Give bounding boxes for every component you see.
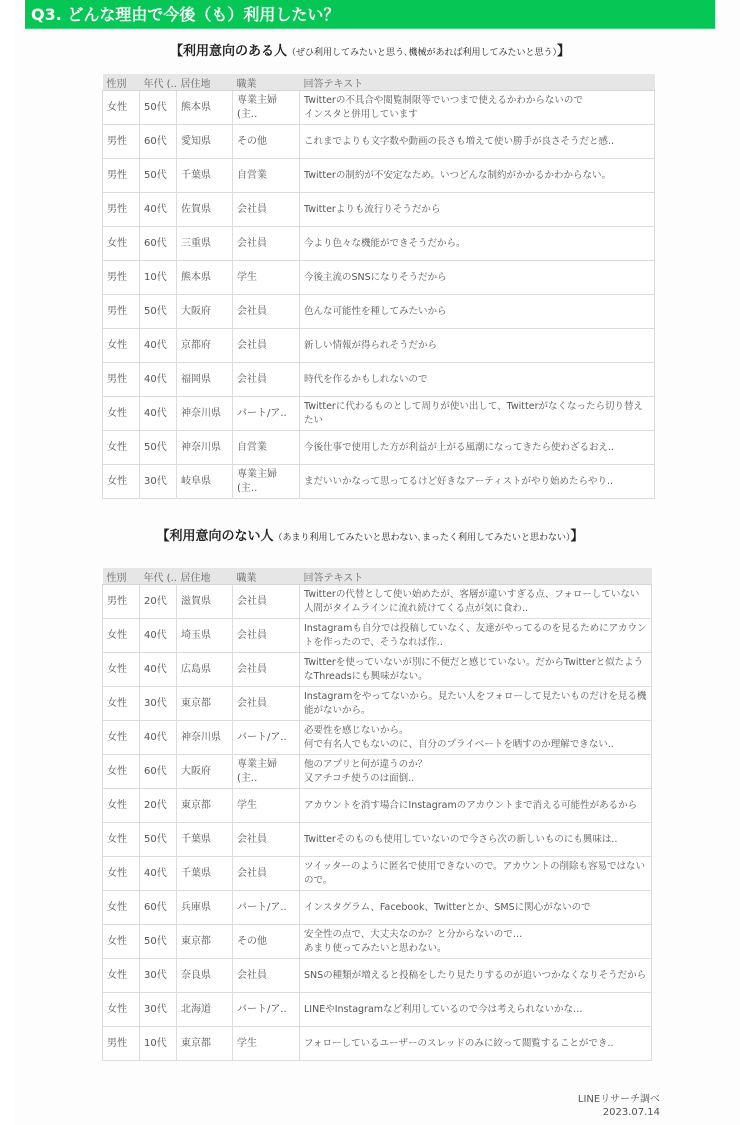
cell-residence: 東京都 (177, 789, 233, 823)
cell-occupation: 会社員 (233, 823, 300, 857)
cell-gender: 女性 (103, 227, 140, 261)
cell-residence: 岐阜県 (177, 465, 233, 499)
section-title-unwilling: 【利用意向のない人（あまり利用してみたいと思わない､まったく利用してみたいと思わ… (0, 525, 740, 544)
cell-residence: 神奈川県 (177, 431, 233, 465)
cell-gender: 女性 (103, 891, 140, 925)
cell-age: 40代 (140, 363, 177, 397)
cell-residence: 神奈川県 (177, 397, 233, 431)
cell-answer: 新しい情報が得られそうだから (300, 329, 655, 363)
cell-age: 20代 (140, 585, 177, 619)
table-body: 女性50代熊本県専業主婦 (主..Twitterの不具合や閲覧制限等でいつまで使… (103, 91, 655, 499)
cell-answer: Twitterの制約が不安定なため。いつどんな制約がかかるかわからない。 (300, 159, 655, 193)
cell-residence: 神奈川県 (177, 721, 233, 755)
cell-answer: 他のアプリと何が違うのか？ 又アチコチ使うのは面倒.. (300, 755, 652, 789)
cell-occupation: 会社員 (233, 193, 300, 227)
cell-residence: 兵庫県 (177, 891, 233, 925)
table-header-row: 性別 年代 (.. 居住地 職業 回答テキスト (103, 74, 655, 91)
cell-age: 30代 (140, 993, 177, 1027)
cell-gender: 女性 (103, 91, 140, 125)
cell-residence: 千葉県 (177, 159, 233, 193)
cell-age: 50代 (140, 91, 177, 125)
cell-occupation: 会社員 (233, 329, 300, 363)
cell-occupation: パート/ア.. (233, 721, 300, 755)
cell-residence: 東京都 (177, 687, 233, 721)
cell-gender: 女性 (103, 993, 140, 1027)
cell-gender: 女性 (103, 653, 140, 687)
cell-answer: これまでよりも文字数や動画の長さも増えて使い勝手が良さそうだと感.. (300, 125, 655, 159)
table-row[interactable]: 男性50代大阪府会社員色んな可能性を種してみたいから (103, 295, 655, 329)
cell-age: 50代 (140, 823, 177, 857)
cell-answer: Twitterを使っていないが別に不便だと感じていない。だからTwitterと似… (300, 653, 652, 687)
question-header: Q3. どんな理由で今後（も）利用したい？ (25, 0, 715, 29)
cell-gender: 女性 (103, 329, 140, 363)
cell-gender: 女性 (103, 465, 140, 499)
cell-age: 30代 (140, 465, 177, 499)
cell-occupation: 専業主婦 (主.. (233, 755, 300, 789)
cell-residence: 滋賀県 (177, 585, 233, 619)
cell-gender: 女性 (103, 721, 140, 755)
cell-answer: Twitterの不具合や閲覧制限等でいつまで使えるかわからないので インスタと併… (300, 91, 655, 125)
table-unwilling: 性別 年代 (.. 居住地 職業 回答テキスト 男性20代滋賀県会社員Twitt… (102, 568, 652, 1061)
cell-answer: まだいいかなって思ってるけど好きなアーティストがやり始めたらやり.. (300, 465, 655, 499)
table-row[interactable]: 女性50代神奈川県自営業今後仕事で使用した方が利益が上がる風潮になってきたら使わ… (103, 431, 655, 465)
table-row[interactable]: 男性20代滋賀県会社員Twitterの代替として使い始めたが、客層が違いすぎる点… (103, 585, 652, 619)
col-header-occupation[interactable]: 職業 (233, 74, 300, 91)
table-row[interactable]: 女性60代大阪府専業主婦 (主..他のアプリと何が違うのか？ 又アチコチ使うのは… (103, 755, 652, 789)
cell-gender: 女性 (103, 619, 140, 653)
cell-age: 10代 (140, 1027, 177, 1061)
cell-occupation: 会社員 (233, 227, 300, 261)
section-title-main: 【利用意向のない人 (156, 529, 273, 544)
col-header-gender[interactable]: 性別 (103, 568, 140, 585)
cell-residence: 東京都 (177, 1027, 233, 1061)
col-header-residence[interactable]: 居住地 (177, 74, 233, 91)
cell-age: 60代 (140, 755, 177, 789)
cell-answer: Twitterよりも流行りそうだから (300, 193, 655, 227)
cell-occupation: 会社員 (233, 687, 300, 721)
section-title-willing: 【利用意向のある人（ぜひ利用してみたいと思う､機械があれば利用してみたいと思う）… (0, 40, 740, 59)
cell-residence: 大阪府 (177, 295, 233, 329)
table-row[interactable]: 男性60代愛知県その他これまでよりも文字数や動画の長さも増えて使い勝手が良さそう… (103, 125, 655, 159)
cell-answer: 今後仕事で使用した方が利益が上がる風潮になってきたら使わざるおえ.. (300, 431, 655, 465)
cell-gender: 女性 (103, 857, 140, 891)
cell-occupation: パート/ア.. (233, 993, 300, 1027)
cell-answer: Instagramをやってないから。見たい人をフォローして見たいものだけを見る機… (300, 687, 652, 721)
col-header-answer[interactable]: 回答テキスト (300, 568, 652, 585)
col-header-age[interactable]: 年代 (.. (140, 74, 177, 91)
cell-age: 20代 (140, 789, 177, 823)
cell-gender: 男性 (103, 261, 140, 295)
table-row[interactable]: 女性30代奈良県会社員SNSの種類が増えると投稿をしたり見たりするのが追いつかな… (103, 959, 652, 993)
section-subtitle: （ぜひ利用してみたいと思う､機械があれば利用してみたいと思う） (287, 48, 557, 58)
cell-occupation: 自営業 (233, 431, 300, 465)
cell-age: 40代 (140, 653, 177, 687)
cell-occupation: 会社員 (233, 295, 300, 329)
survey-date: 2023.07.14 (603, 1107, 660, 1118)
cell-occupation: パート/ア.. (233, 891, 300, 925)
cell-age: 30代 (140, 687, 177, 721)
cell-answer: 時代を作るかもしれないので (300, 363, 655, 397)
cell-residence: 愛知県 (177, 125, 233, 159)
cell-occupation: 会社員 (233, 585, 300, 619)
col-header-occupation[interactable]: 職業 (233, 568, 300, 585)
cell-age: 40代 (140, 619, 177, 653)
section-title-close: 】 (557, 44, 570, 59)
cell-residence: 大阪府 (177, 755, 233, 789)
cell-occupation: 会社員 (233, 959, 300, 993)
cell-residence: 東京都 (177, 925, 233, 959)
cell-gender: 男性 (103, 159, 140, 193)
cell-age: 40代 (140, 193, 177, 227)
cell-age: 50代 (140, 431, 177, 465)
cell-answer: ツイッターのように匿名で使用できないので。アカウントの削除も容易ではないので。 (300, 857, 652, 891)
cell-answer: フォローしているユーザーのスレッドのみに絞って閲覧することができ.. (300, 1027, 652, 1061)
cell-occupation: その他 (233, 125, 300, 159)
cell-answer: アカウントを消す場合にInstagramのアカウントまで消える可能性があるから (300, 789, 652, 823)
table-row[interactable]: 女性50代千葉県会社員Twitterそのものも使用していないので今さら次の新しい… (103, 823, 652, 857)
cell-residence: 千葉県 (177, 823, 233, 857)
table-row[interactable]: 女性30代北海道パート/ア..LINEやInstagramなど利用しているので今… (103, 993, 652, 1027)
cell-residence: 埼玉県 (177, 619, 233, 653)
col-header-gender[interactable]: 性別 (103, 74, 140, 91)
cell-answer: SNSの種類が増えると投稿をしたり見たりするのが追いつかなくなりそうだから (300, 959, 652, 993)
cell-residence: 京都府 (177, 329, 233, 363)
cell-occupation: 学生 (233, 261, 300, 295)
table-row[interactable]: 女性40代千葉県会社員ツイッターのように匿名で使用できないので。アカウントの削除… (103, 857, 652, 891)
cell-occupation: 会社員 (233, 653, 300, 687)
table-row[interactable]: 男性10代東京都学生フォローしているユーザーのスレッドのみに絞って閲覧することが… (103, 1027, 652, 1061)
table-row[interactable]: 女性40代京都府会社員新しい情報が得られそうだから (103, 329, 655, 363)
source-credit: LINEリサーチ調べ (578, 1090, 660, 1105)
cell-age: 40代 (140, 397, 177, 431)
cell-answer: 安全性の点で、大丈夫なのか？と分からないので… あまり使ってみたいと思わない。 (300, 925, 652, 959)
table-row[interactable]: 男性40代佐賀県会社員Twitterよりも流行りそうだから (103, 193, 655, 227)
table-row[interactable]: 女性60代三重県会社員今より色々な機能ができそうだから。 (103, 227, 655, 261)
table-body: 男性20代滋賀県会社員Twitterの代替として使い始めたが、客層が違いすぎる点… (103, 585, 652, 1061)
cell-age: 40代 (140, 857, 177, 891)
cell-occupation: 専業主婦 (主.. (233, 465, 300, 499)
cell-residence: 広島県 (177, 653, 233, 687)
col-header-residence[interactable]: 居住地 (177, 568, 233, 585)
cell-occupation: 会社員 (233, 619, 300, 653)
table-row[interactable]: 女性40代埼玉県会社員Instagramも自分では投稿していなく、友達がやってる… (103, 619, 652, 653)
cell-answer: Twitterの代替として使い始めたが、客層が違いすぎる点、フォローしていない人… (300, 585, 652, 619)
cell-residence: 熊本県 (177, 261, 233, 295)
cell-gender: 男性 (103, 363, 140, 397)
cell-gender: 女性 (103, 431, 140, 465)
cell-occupation: 自営業 (233, 159, 300, 193)
table-row[interactable]: 男性10代熊本県学生今後主流のSNSになりそうだから (103, 261, 655, 295)
cell-gender: 女性 (103, 789, 140, 823)
section-title-close: 】 (571, 529, 584, 544)
cell-occupation: 会社員 (233, 363, 300, 397)
cell-occupation: 会社員 (233, 857, 300, 891)
cell-residence: 北海道 (177, 993, 233, 1027)
cell-gender: 女性 (103, 959, 140, 993)
cell-answer: Twitterに代わるものとして周りが使い出して、Twitterがなくなったら切… (300, 397, 655, 431)
cell-answer: Instagramも自分では投稿していなく、友達がやってるのを見るためにアカウン… (300, 619, 652, 653)
cell-age: 50代 (140, 159, 177, 193)
cell-age: 50代 (140, 925, 177, 959)
table-row[interactable]: 女性40代神奈川県パート/ア..必要性を感じないから。 何で有名人でもないのに、… (103, 721, 652, 755)
cell-gender: 女性 (103, 397, 140, 431)
cell-answer: 色んな可能性を種してみたいから (300, 295, 655, 329)
table-row[interactable]: 女性50代熊本県専業主婦 (主..Twitterの不具合や閲覧制限等でいつまで使… (103, 91, 655, 125)
cell-age: 40代 (140, 329, 177, 363)
cell-answer: 必要性を感じないから。 何で有名人でもないのに、自分のプライベートを晒すのか理解… (300, 721, 652, 755)
cell-gender: 男性 (103, 125, 140, 159)
cell-residence: 三重県 (177, 227, 233, 261)
cell-answer: 今後主流のSNSになりそうだから (300, 261, 655, 295)
table-row[interactable]: 女性40代神奈川県パート/ア..Twitterに代わるものとして周りが使い出して… (103, 397, 655, 431)
section-title-main: 【利用意向のある人 (170, 44, 287, 59)
cell-occupation: 専業主婦 (主.. (233, 91, 300, 125)
table-row[interactable]: 女性40代広島県会社員Twitterを使っていないが別に不便だと感じていない。だ… (103, 653, 652, 687)
table-row[interactable]: 女性50代東京都その他安全性の点で、大丈夫なのか？と分からないので… あまり使っ… (103, 925, 652, 959)
table-row[interactable]: 女性60代兵庫県パート/ア..インスタグラム、Facebook、Twitterと… (103, 891, 652, 925)
table-header-row: 性別 年代 (.. 居住地 職業 回答テキスト (103, 568, 652, 585)
section-subtitle: （あまり利用してみたいと思わない､まったく利用してみたいと思わない） (273, 533, 570, 543)
cell-answer: インスタグラム、Facebook、Twitterとか、SMSに関心がないので (300, 891, 652, 925)
cell-answer: Twitterそのものも使用していないので今さら次の新しいものにも興味は.. (300, 823, 652, 857)
cell-gender: 男性 (103, 193, 140, 227)
cell-gender: 女性 (103, 823, 140, 857)
cell-occupation: パート/ア.. (233, 397, 300, 431)
cell-gender: 男性 (103, 585, 140, 619)
table-willing: 性別 年代 (.. 居住地 職業 回答テキスト 女性50代熊本県専業主婦 (主.… (102, 74, 655, 499)
cell-answer: 今より色々な機能ができそうだから。 (300, 227, 655, 261)
table-row[interactable]: 女性30代東京都会社員Instagramをやってないから。見たい人をフォローして… (103, 687, 652, 721)
cell-residence: 熊本県 (177, 91, 233, 125)
cell-age: 50代 (140, 295, 177, 329)
cell-age: 30代 (140, 959, 177, 993)
cell-age: 40代 (140, 721, 177, 755)
cell-age: 60代 (140, 891, 177, 925)
table-row[interactable]: 男性50代千葉県自営業Twitterの制約が不安定なため。いつどんな制約がかかる… (103, 159, 655, 193)
cell-gender: 女性 (103, 687, 140, 721)
cell-gender: 男性 (103, 295, 140, 329)
table-row[interactable]: 女性30代岐阜県専業主婦 (主..まだいいかなって思ってるけど好きなアーティスト… (103, 465, 655, 499)
cell-occupation: その他 (233, 925, 300, 959)
table-row[interactable]: 女性20代東京都学生アカウントを消す場合にInstagramのアカウントまで消え… (103, 789, 652, 823)
cell-residence: 千葉県 (177, 857, 233, 891)
cell-age: 10代 (140, 261, 177, 295)
cell-gender: 女性 (103, 755, 140, 789)
cell-residence: 佐賀県 (177, 193, 233, 227)
cell-occupation: 学生 (233, 1027, 300, 1061)
question-title: Q3. どんな理由で今後（も）利用したい？ (31, 5, 339, 24)
col-header-age[interactable]: 年代 (.. (140, 568, 177, 585)
cell-age: 60代 (140, 227, 177, 261)
cell-age: 60代 (140, 125, 177, 159)
cell-residence: 奈良県 (177, 959, 233, 993)
cell-gender: 女性 (103, 925, 140, 959)
col-header-answer[interactable]: 回答テキスト (300, 74, 655, 91)
cell-gender: 男性 (103, 1027, 140, 1061)
cell-residence: 福岡県 (177, 363, 233, 397)
table-row[interactable]: 男性40代福岡県会社員時代を作るかもしれないので (103, 363, 655, 397)
cell-answer: LINEやInstagramなど利用しているので今は考えられないかな… (300, 993, 652, 1027)
cell-occupation: 学生 (233, 789, 300, 823)
